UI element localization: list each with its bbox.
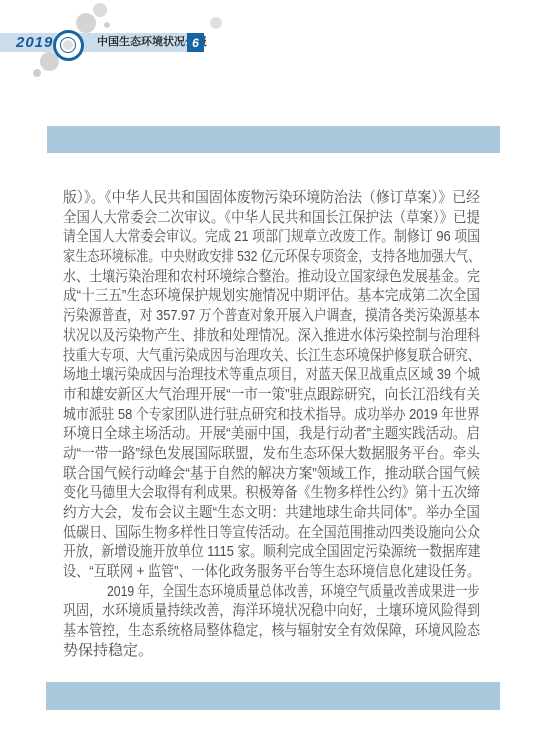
text-line: 动“一带一路”绿色发展国际联盟，发布生态环保大数据服务平台。牵头 [63,444,480,464]
bulletin-title: 中国生态环境状况公报 [97,36,182,49]
ring-ornament-icon [53,30,84,61]
body-text: 版）》。《中华人民共和国固体废物污染环境防治法（修订草案）》已经全国人大常委会二… [63,188,480,661]
text-line: 城市派驻 58 个专家团队进行驻点研究和技术指导。成功举办 2019 年世界 [63,405,480,425]
text-line: 场地土壤污染成因与治理技术等重点项目，对蓝天保卫战重点区域 39 个城 [63,365,480,385]
text-line: 水、土壤污染治理和农村环境综合整治。推动设立国家绿色发展基金。完 [63,267,480,287]
text-line: 势保持稳定。 [63,641,480,661]
text-line: 家生态环境标准。中央财政安排 532 亿元环保专项资金，支持各地加强大气、 [63,247,480,267]
decorative-circle [93,3,107,17]
text-line: 低碳日、国际生物多样性日等宣传活动。在全国范围推动四类设施向公众 [63,523,480,543]
text-line: 变化马德里大会取得有利成果。积极筹备《生物多样性公约》第十五次缔 [63,483,480,503]
decorative-circle [33,69,41,77]
text-line: 环境日全球主场活动。开展“美丽中国，我是行动者”主题实践活动。启 [63,424,480,444]
text-line: 成“十三五”生态环境保护规划实施情况中期评估。基本完成第二次全国 [63,286,480,306]
ring-ornament-inner [60,37,76,53]
text-line: 设、“互联网 + 监管”、一体化政务服务平台等生态环境信息化建设任务。 [63,562,480,582]
text-line: 技重大专项、大气重污染成因与治理攻关、长江生态环境保护修复联合研究、 [63,346,480,366]
text-line: 市和雄安新区大气治理开展“一市一策”驻点跟踪研究，向长江沿线有关 [63,385,480,405]
decorative-circle [210,17,222,29]
text-line: 开放，新增设施开放单位 1115 家。顺利完成全国固定污染源统一数据库建 [63,542,480,562]
text-line: 巩固，水环境质量持续改善，海洋环境状况稳中向好，土壤环境风险得到 [63,601,480,621]
paragraph-summary: 2019 年，全国生态环境质量总体改善，环境空气质量改善成果进一步巩固，水环境质… [63,582,480,661]
text-line: 状况以及污染物产生、排放和处理情况。深入推进水体污染控制与治理科 [63,326,480,346]
decorative-circle [76,13,96,33]
page-number-badge: 6 [187,33,204,52]
text-line: 约方大会，发布会议主题“生态文明：共建地球生命共同体”。举办全国 [63,503,480,523]
text-line: 全国人大常委会二次审议。《中华人民共和国长江保护法（草案）》已提 [63,208,480,228]
decorative-circle [104,22,110,28]
text-line: 联合国气候行动峰会“基于自然的解决方案”领域工作，推动联合国气候 [63,464,480,484]
text-line: 版）》。《中华人民共和国固体废物污染环境防治法（修订草案）》已经 [63,188,480,208]
top-accent-band [47,126,500,153]
text-line: 基本管控，生态系统格局整体稳定，核与辐射安全有效保障，环境风险态 [63,621,480,641]
text-line: 2019 年，全国生态环境质量总体改善，环境空气质量改善成果进一步 [63,582,480,602]
bottom-accent-band [46,682,500,710]
paragraph-continued: 版）》。《中华人民共和国固体废物污染环境防治法（修订草案）》已经全国人大常委会二… [63,188,480,582]
text-line: 污染源普查，对 357.97 万个普查对象开展入户调查，摸清各类污染源基本 [63,306,480,326]
text-line: 请全国人大常委会审议。完成 21 项部门规章立改废工作。制修订 96 项国 [63,227,480,247]
document-page: 2019 中国生态环境状况公报 6 版）》。《中华人民共和国固体废物污染环境防治… [0,0,542,740]
